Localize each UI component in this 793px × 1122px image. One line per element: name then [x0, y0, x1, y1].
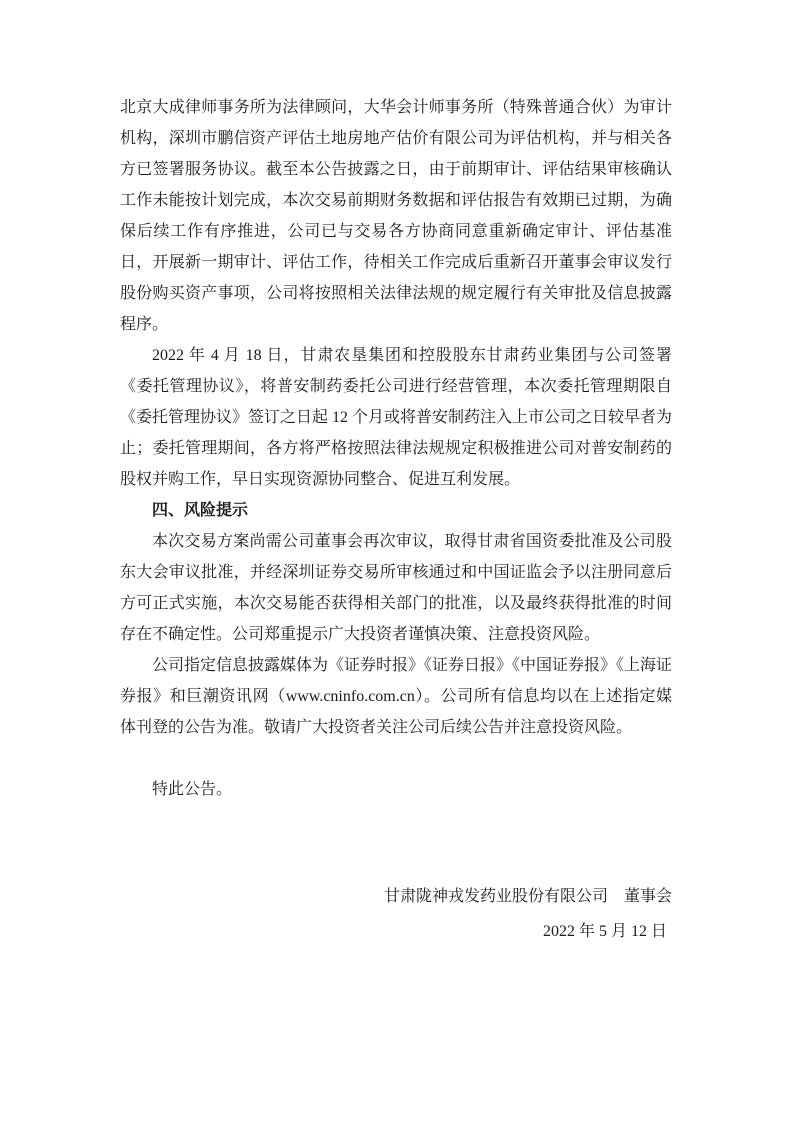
paragraph-advisors-audit: 北京大成律师事务所为法律顾问，大华会计师事务所（特殊普通合伙）为审计机构，深圳市…	[120, 92, 672, 340]
signature-company: 甘肃陇神戎发药业股份有限公司 董事会	[120, 879, 672, 914]
signature-date: 2022 年 5 月 12 日	[120, 914, 672, 949]
paragraph-entrusted-management: 2022 年 4 月 18 日，甘肃农垦集团和控股股东甘肃药业集团与公司签署《委…	[120, 340, 672, 495]
paragraph-approval-uncertainty: 本次交易方案尚需公司董事会再次审议，取得甘肃省国资委批准及公司股东大会审议批准，…	[120, 526, 672, 650]
signature-block: 甘肃陇神戎发药业股份有限公司 董事会 2022 年 5 月 12 日	[120, 879, 672, 949]
paragraph-disclosure-media: 公司指定信息披露媒体为《证券时报》《证券日报》《中国证券报》《上海证券报》和巨潮…	[120, 650, 672, 743]
closing-statement: 特此公告。	[120, 774, 672, 805]
section-heading-risk-warning: 四、风险提示	[120, 495, 672, 526]
document-page: 北京大成律师事务所为法律顾问，大华会计师事务所（特殊普通合伙）为审计机构，深圳市…	[0, 0, 793, 1122]
document-content: 北京大成律师事务所为法律顾问，大华会计师事务所（特殊普通合伙）为审计机构，深圳市…	[120, 92, 672, 949]
